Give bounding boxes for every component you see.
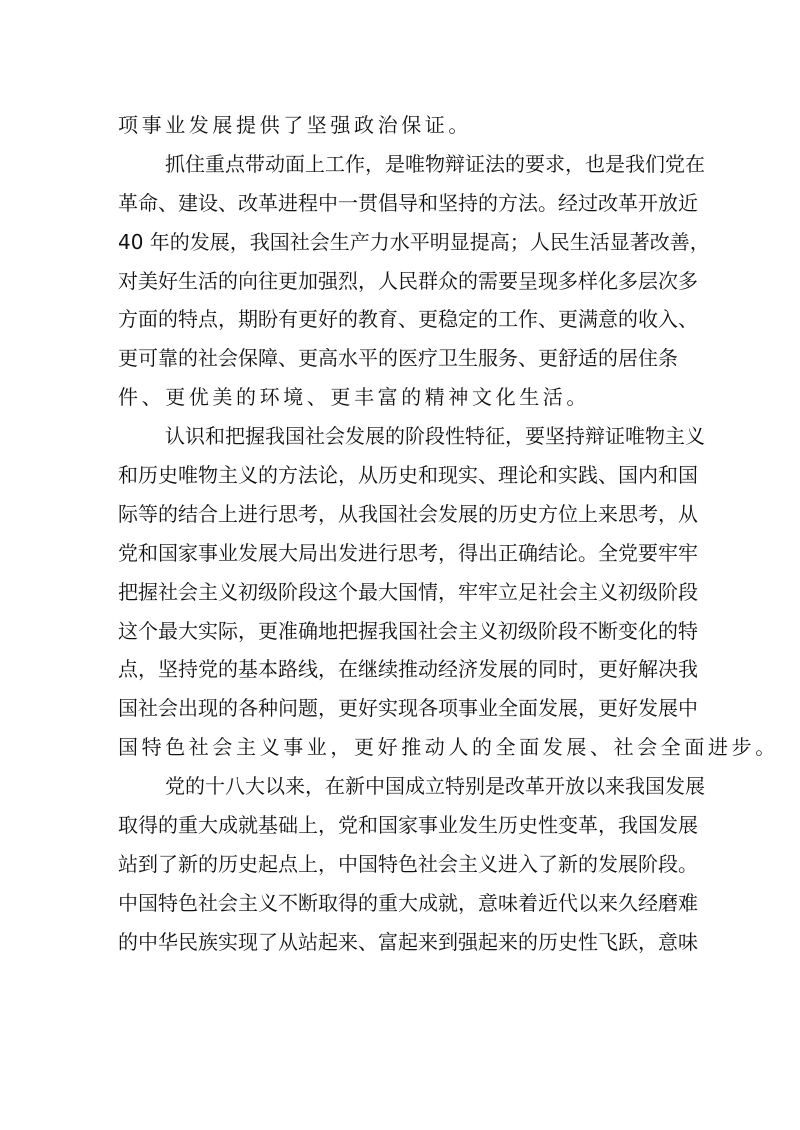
text-line: 和历史唯物主义的方法论，从历史和现实、理论和实践、国内和国 bbox=[118, 456, 665, 495]
text-line: 把握社会主义初级阶段这个最大国情，牢牢立足社会主义初级阶段 bbox=[118, 573, 665, 612]
text-line: 站到了新的历史起点上，中国特色社会主义进入了新的发展阶段。 bbox=[118, 845, 665, 884]
text-line: 40 年的发展，我国社会生产力水平明显提高；人民生活显著改善， bbox=[118, 223, 665, 262]
text-line: 国特色社会主义事业，更好推动人的全面发展、社会全面进步。 bbox=[118, 728, 665, 767]
text-line: 中国特色社会主义不断取得的重大成就，意味着近代以来久经磨难 bbox=[118, 884, 665, 923]
text-line: 更可靠的社会保障、更高水平的医疗卫生服务、更舒适的居住条 bbox=[118, 339, 665, 378]
text-line: 这个最大实际，更准确地把握我国社会主义初级阶段不断变化的特 bbox=[118, 612, 665, 651]
text-line: 际等的结合上进行思考，从我国社会发展的历史方位上来思考，从 bbox=[118, 495, 665, 534]
text-line: 党的十八大以来，在新中国成立特别是改革开放以来我国发展 bbox=[118, 767, 665, 806]
text-line: 项事业发展提供了坚强政治保证。 bbox=[118, 106, 665, 145]
text-line: 对美好生活的向往更加强烈，人民群众的需要呈现多样化多层次多 bbox=[118, 262, 665, 301]
text-line: 取得的重大成就基础上，党和国家事业发生历史性变革，我国发展 bbox=[118, 806, 665, 845]
text-line: 革命、建设、改革进程中一贯倡导和坚持的方法。经过改革开放近 bbox=[118, 184, 665, 223]
text-line: 点，坚持党的基本路线，在继续推动经济发展的同时，更好解决我 bbox=[118, 650, 665, 689]
text-line: 认识和把握我国社会发展的阶段性特征，要坚持辩证唯物主义 bbox=[118, 417, 665, 456]
text-line: 党和国家事业发展大局出发进行思考，得出正确结论。全党要牢牢 bbox=[118, 534, 665, 573]
text-line: 国社会出现的各种问题，更好实现各项事业全面发展，更好发展中 bbox=[118, 689, 665, 728]
text-line: 抓住重点带动面上工作，是唯物辩证法的要求，也是我们党在 bbox=[118, 145, 665, 184]
text-line: 件、更优美的环境、更丰富的精神文化生活。 bbox=[118, 378, 665, 417]
text-line: 的中华民族实现了从站起来、富起来到强起来的历史性飞跃，意味 bbox=[118, 923, 665, 962]
document-page: 项事业发展提供了坚强政治保证。 抓住重点带动面上工作，是唯物辩证法的要求，也是我… bbox=[118, 106, 665, 962]
paragraph-4: 党的十八大以来，在新中国成立特别是改革开放以来我国发展 取得的重大成就基础上，党… bbox=[118, 767, 665, 961]
paragraph-2: 抓住重点带动面上工作，是唯物辩证法的要求，也是我们党在 革命、建设、改革进程中一… bbox=[118, 145, 665, 417]
paragraph-3: 认识和把握我国社会发展的阶段性特征，要坚持辩证唯物主义 和历史唯物主义的方法论，… bbox=[118, 417, 665, 767]
paragraph-1: 项事业发展提供了坚强政治保证。 bbox=[118, 106, 665, 145]
text-line: 方面的特点，期盼有更好的教育、更稳定的工作、更满意的收入、 bbox=[118, 300, 665, 339]
